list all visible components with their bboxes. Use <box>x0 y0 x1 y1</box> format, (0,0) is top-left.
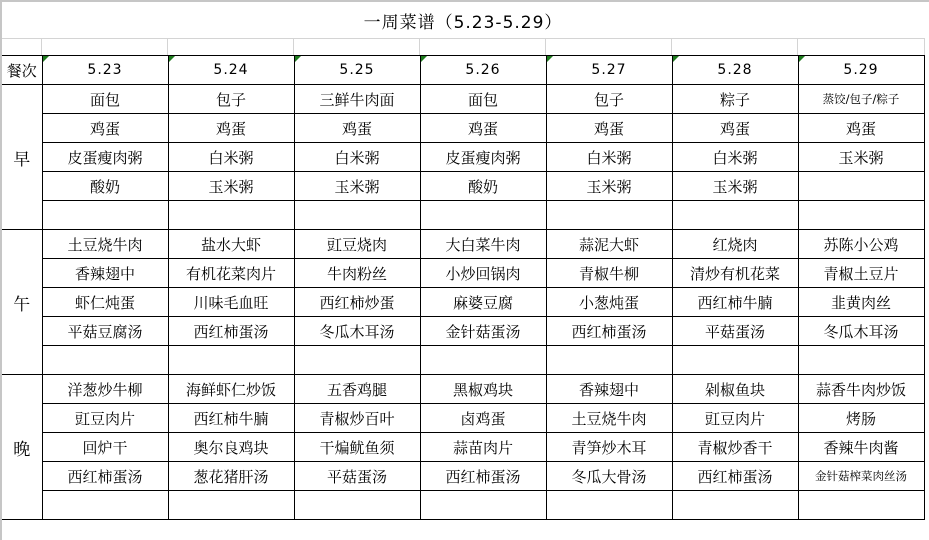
gridline <box>167 38 168 55</box>
dish-cell[interactable] <box>672 201 798 230</box>
dish-cell[interactable] <box>294 346 420 375</box>
dish-cell[interactable]: 川味毛血旺 <box>168 288 294 317</box>
dish-cell[interactable]: 青椒炒香干 <box>672 433 798 462</box>
dish-cell[interactable]: 玉米粥 <box>546 172 672 201</box>
menu-row: 酸奶玉米粥玉米粥酸奶玉米粥玉米粥 <box>2 172 924 201</box>
dish-cell[interactable]: 剁椒鱼块 <box>672 375 798 404</box>
dish-cell[interactable]: 蒸饺/包子/粽子 <box>798 85 924 114</box>
dish-cell[interactable] <box>168 201 294 230</box>
dish-cell[interactable] <box>420 201 546 230</box>
menu-row: 香辣翅中有机花菜肉片牛肉粉丝小炒回锅肉青椒牛柳清炒有机花菜青椒土豆片 <box>2 259 924 288</box>
meal-column-header[interactable]: 餐次 <box>2 56 42 85</box>
dish-cell[interactable]: 西红柿蛋汤 <box>672 462 798 491</box>
dish-cell[interactable]: 土豆烧牛肉 <box>42 230 168 259</box>
dish-cell[interactable]: 青椒牛柳 <box>546 259 672 288</box>
header-row: 餐次 5.23 5.24 5.25 5.26 5.27 5.28 5.29 <box>2 56 924 85</box>
dish-cell[interactable] <box>420 346 546 375</box>
meal-label[interactable]: 晚 <box>2 375 42 520</box>
dish-cell[interactable] <box>798 491 924 520</box>
dish-cell[interactable]: 蒜香牛肉炒饭 <box>798 375 924 404</box>
dish-cell[interactable] <box>798 201 924 230</box>
dish-cell[interactable]: 三鲜牛肉面 <box>294 85 420 114</box>
dish-cell[interactable]: 玉米粥 <box>294 172 420 201</box>
cell-marker-icon <box>43 56 49 62</box>
menu-row: 平菇豆腐汤西红柿蛋汤冬瓜木耳汤金针菇蛋汤西红柿蛋汤平菇蛋汤冬瓜木耳汤 <box>2 317 924 346</box>
menu-row: 早面包包子三鲜牛肉面面包包子粽子蒸饺/包子/粽子 <box>2 85 924 114</box>
dish-cell[interactable]: 红烧肉 <box>672 230 798 259</box>
dish-cell[interactable]: 黑椒鸡块 <box>420 375 546 404</box>
dish-cell[interactable]: 豇豆肉片 <box>42 404 168 433</box>
dish-cell[interactable]: 平菇蛋汤 <box>294 462 420 491</box>
dish-cell[interactable] <box>798 172 924 201</box>
dish-cell[interactable]: 白米粥 <box>294 143 420 172</box>
cell-marker-icon <box>295 56 301 62</box>
dish-cell[interactable]: 面包 <box>420 85 546 114</box>
dish-cell[interactable]: 大白菜牛肉 <box>420 230 546 259</box>
date-header-5-29[interactable]: 5.29 <box>798 56 924 85</box>
dish-cell[interactable]: 包子 <box>168 85 294 114</box>
dish-cell[interactable]: 豇豆烧肉 <box>294 230 420 259</box>
dish-cell[interactable]: 香辣翅中 <box>42 259 168 288</box>
meal-label[interactable]: 午 <box>2 230 42 375</box>
dish-cell[interactable]: 西红柿蛋汤 <box>42 462 168 491</box>
dish-cell[interactable] <box>672 346 798 375</box>
dish-cell[interactable]: 牛肉粉丝 <box>294 259 420 288</box>
dish-cell[interactable]: 鸡蛋 <box>798 114 924 143</box>
cell-marker-icon <box>547 56 553 62</box>
menu-row: 回炉干奥尔良鸡块干煸鱿鱼须蒜苗肉片青笋炒木耳青椒炒香干香辣牛肉酱 <box>2 433 924 462</box>
gridline <box>293 38 294 55</box>
cell-marker-icon <box>169 56 175 62</box>
dish-cell[interactable] <box>798 346 924 375</box>
dish-cell[interactable] <box>546 346 672 375</box>
dish-cell[interactable]: 小炒回锅肉 <box>420 259 546 288</box>
dish-cell[interactable]: 金针菇榨菜肉丝汤 <box>798 462 924 491</box>
dish-cell[interactable]: 青椒炒百叶 <box>294 404 420 433</box>
dish-cell[interactable]: 有机花菜肉片 <box>168 259 294 288</box>
gridline <box>419 38 420 55</box>
dish-cell[interactable]: 西红柿蛋汤 <box>168 317 294 346</box>
dish-cell[interactable]: 冬瓜木耳汤 <box>294 317 420 346</box>
date-header-5-24[interactable]: 5.24 <box>168 56 294 85</box>
dish-cell[interactable]: 葱花猪肝汤 <box>168 462 294 491</box>
date-header-5-23[interactable]: 5.23 <box>42 56 168 85</box>
dish-cell[interactable]: 鸡蛋 <box>42 114 168 143</box>
dish-cell[interactable] <box>42 491 168 520</box>
date-header-5-26[interactable]: 5.26 <box>420 56 546 85</box>
dish-cell[interactable]: 冬瓜大骨汤 <box>546 462 672 491</box>
dish-cell[interactable]: 平菇豆腐汤 <box>42 317 168 346</box>
dish-cell[interactable] <box>294 491 420 520</box>
dish-cell[interactable]: 皮蛋瘦肉粥 <box>420 143 546 172</box>
dish-cell[interactable]: 冬瓜木耳汤 <box>798 317 924 346</box>
menu-row: 皮蛋瘦肉粥白米粥白米粥皮蛋瘦肉粥白米粥白米粥玉米粥 <box>2 143 924 172</box>
cell-marker-icon <box>673 56 679 62</box>
dish-cell[interactable]: 酸奶 <box>420 172 546 201</box>
dish-cell[interactable]: 虾仁炖蛋 <box>42 288 168 317</box>
dish-cell[interactable]: 清炒有机花菜 <box>672 259 798 288</box>
menu-row: 鸡蛋鸡蛋鸡蛋鸡蛋鸡蛋鸡蛋鸡蛋 <box>2 114 924 143</box>
dish-cell[interactable]: 回炉干 <box>42 433 168 462</box>
dish-cell[interactable]: 青笋炒木耳 <box>546 433 672 462</box>
dish-cell[interactable]: 西红柿蛋汤 <box>546 317 672 346</box>
dish-cell[interactable]: 鸡蛋 <box>420 114 546 143</box>
cell-marker-icon <box>421 56 427 62</box>
dish-cell[interactable]: 苏陈小公鸡 <box>798 230 924 259</box>
menu-row <box>2 346 924 375</box>
dish-cell[interactable] <box>168 346 294 375</box>
dish-cell[interactable]: 豇豆肉片 <box>672 404 798 433</box>
menu-row: 虾仁炖蛋川味毛血旺西红柿炒蛋麻婆豆腐小葱炖蛋西红柿牛腩韭黄肉丝 <box>2 288 924 317</box>
dish-cell[interactable]: 土豆烧牛肉 <box>546 404 672 433</box>
dish-cell[interactable]: 海鲜虾仁炒饭 <box>168 375 294 404</box>
blank-spacer-row <box>2 38 929 55</box>
dish-cell[interactable]: 西红柿蛋汤 <box>420 462 546 491</box>
sheet-title[interactable]: 一周菜谱（5.23-5.29） <box>2 2 924 39</box>
dish-cell[interactable]: 西红柿牛腩 <box>672 288 798 317</box>
dish-cell[interactable]: 鸡蛋 <box>294 114 420 143</box>
dish-cell[interactable]: 蒜泥大虾 <box>546 230 672 259</box>
gridline <box>41 38 42 55</box>
date-header-5-27[interactable]: 5.27 <box>546 56 672 85</box>
dish-cell[interactable] <box>294 201 420 230</box>
dish-cell[interactable] <box>546 491 672 520</box>
menu-row <box>2 201 924 230</box>
dish-cell[interactable]: 酸奶 <box>42 172 168 201</box>
dish-cell[interactable]: 蒜苗肉片 <box>420 433 546 462</box>
dish-cell[interactable]: 香辣翅中 <box>546 375 672 404</box>
dish-cell[interactable]: 香辣牛肉酱 <box>798 433 924 462</box>
date-header-5-28[interactable]: 5.28 <box>672 56 798 85</box>
dish-cell[interactable]: 五香鸡腿 <box>294 375 420 404</box>
dish-cell[interactable]: 西红柿牛腩 <box>168 404 294 433</box>
dish-cell[interactable]: 粽子 <box>672 85 798 114</box>
meal-label[interactable]: 早 <box>2 85 42 230</box>
dish-cell[interactable]: 鸡蛋 <box>672 114 798 143</box>
cell-marker-icon <box>799 56 805 62</box>
dish-cell[interactable]: 干煸鱿鱼须 <box>294 433 420 462</box>
dish-cell[interactable]: 玉米粥 <box>798 143 924 172</box>
gridline <box>545 38 546 55</box>
gridline <box>924 38 925 55</box>
dish-cell[interactable]: 鸡蛋 <box>168 114 294 143</box>
dish-cell[interactable]: 玉米粥 <box>672 172 798 201</box>
dish-cell[interactable]: 皮蛋瘦肉粥 <box>42 143 168 172</box>
dish-cell[interactable]: 面包 <box>42 85 168 114</box>
menu-row: 晚洋葱炒牛柳海鲜虾仁炒饭五香鸡腿黑椒鸡块香辣翅中剁椒鱼块蒜香牛肉炒饭 <box>2 375 924 404</box>
dish-cell[interactable]: 奥尔良鸡块 <box>168 433 294 462</box>
dish-cell[interactable]: 烤肠 <box>798 404 924 433</box>
dish-cell[interactable] <box>546 201 672 230</box>
dish-cell[interactable]: 西红柿炒蛋 <box>294 288 420 317</box>
dish-cell[interactable]: 盐水大虾 <box>168 230 294 259</box>
dish-cell[interactable]: 玉米粥 <box>168 172 294 201</box>
gridline <box>671 38 672 55</box>
weekly-menu-table: 餐次 5.23 5.24 5.25 5.26 5.27 5.28 5.29 早面… <box>2 55 925 520</box>
dish-cell[interactable]: 白米粥 <box>168 143 294 172</box>
dish-cell[interactable] <box>168 491 294 520</box>
dish-cell[interactable]: 金针菇蛋汤 <box>420 317 546 346</box>
dish-cell[interactable]: 青椒土豆片 <box>798 259 924 288</box>
dish-cell[interactable] <box>672 491 798 520</box>
spreadsheet: 一周菜谱（5.23-5.29） 餐次 5.23 5.24 5.25 5.26 5… <box>0 0 929 540</box>
dish-cell[interactable]: 韭黄肉丝 <box>798 288 924 317</box>
dish-cell[interactable] <box>42 346 168 375</box>
dish-cell[interactable]: 鸡蛋 <box>546 114 672 143</box>
dish-cell[interactable]: 白米粥 <box>672 143 798 172</box>
gridline <box>797 38 798 55</box>
menu-row <box>2 491 924 520</box>
dish-cell[interactable]: 包子 <box>546 85 672 114</box>
dish-cell[interactable] <box>42 201 168 230</box>
date-header-5-25[interactable]: 5.25 <box>294 56 420 85</box>
dish-cell[interactable]: 白米粥 <box>546 143 672 172</box>
dish-cell[interactable] <box>420 491 546 520</box>
menu-row: 豇豆肉片西红柿牛腩青椒炒百叶卤鸡蛋土豆烧牛肉豇豆肉片烤肠 <box>2 404 924 433</box>
menu-row: 西红柿蛋汤葱花猪肝汤平菇蛋汤西红柿蛋汤冬瓜大骨汤西红柿蛋汤金针菇榨菜肉丝汤 <box>2 462 924 491</box>
dish-cell[interactable]: 小葱炖蛋 <box>546 288 672 317</box>
menu-row: 午土豆烧牛肉盐水大虾豇豆烧肉大白菜牛肉蒜泥大虾红烧肉苏陈小公鸡 <box>2 230 924 259</box>
dish-cell[interactable]: 麻婆豆腐 <box>420 288 546 317</box>
dish-cell[interactable]: 洋葱炒牛柳 <box>42 375 168 404</box>
dish-cell[interactable]: 平菇蛋汤 <box>672 317 798 346</box>
dish-cell[interactable]: 卤鸡蛋 <box>420 404 546 433</box>
